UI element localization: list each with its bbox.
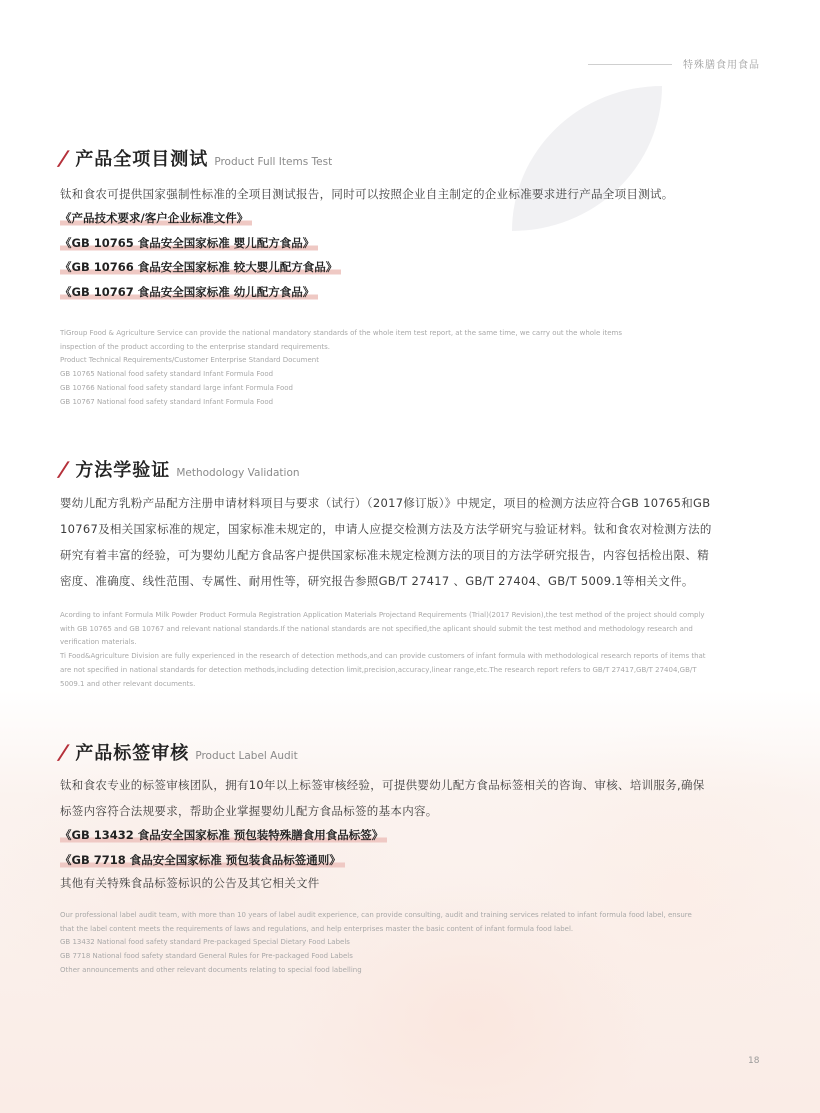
english-line: GB 7718 National food safety standard Ge…	[60, 950, 765, 964]
english-line: Ti Food&Agriculture Division are fully e…	[60, 650, 765, 664]
section-product-full-items-test: / 产品全项目测试 Product Full Items Test 钛和食农可提…	[60, 145, 765, 409]
section-trailing-text: 其他有关特殊食品标签标识的公告及其它相关文件	[60, 873, 765, 893]
section-methodology-validation: / 方法学验证 Methodology Validation 婴幼儿配方乳粉产品…	[60, 456, 765, 691]
standard-highlight: 《GB 10767 食品安全国家标准 幼儿配方食品》	[60, 284, 318, 301]
english-line: GB 10765 National food safety standard I…	[60, 368, 765, 382]
section-body: 婴幼儿配方乳粉产品配方注册申请材料项目与要求（试行）（2017修订版）》中规定，…	[60, 490, 765, 594]
standard-highlight: 《GB 7718 食品安全国家标准 预包装食品标签通则》	[60, 852, 345, 869]
section-paragraph-line: 婴幼儿配方乳粉产品配方注册申请材料项目与要求（试行）（2017修订版）》中规定，…	[60, 490, 765, 516]
english-line: that the label content meets the require…	[60, 923, 765, 937]
english-translation: Acording to infant Formula Milk Powder P…	[60, 609, 765, 691]
header-divider-line	[588, 64, 672, 65]
section-title: / 产品标签审核 Product Label Audit	[60, 739, 765, 765]
section-paragraph-line: 研究有着丰富的经验，可为婴幼儿配方食品客户提供国家标准未规定检测方法的项目的方法…	[60, 542, 765, 568]
page-number: 18	[748, 1056, 759, 1066]
section-paragraph: 钛和食农可提供国家强制性标准的全项目测试报告，同时可以按照企业自主制定的企业标准…	[60, 181, 765, 207]
section-title-en: Methodology Validation	[176, 467, 299, 479]
english-line: Our professional label audit team, with …	[60, 909, 765, 923]
english-line: inspection of the product according to t…	[60, 341, 765, 355]
english-line: GB 13432 National food safety standard P…	[60, 936, 765, 950]
section-body: 钛和食农专业的标签审核团队，拥有10年以上标签审核经验，可提供婴幼儿配方食品标签…	[60, 772, 765, 824]
section-title-en: Product Full Items Test	[214, 156, 332, 168]
section-paragraph-line: 标签内容符合法规要求，帮助企业掌握婴幼儿配方食品标签的基本内容。	[60, 798, 765, 824]
english-translation: Our professional label audit team, with …	[60, 909, 765, 978]
section-title-cn: 产品标签审核	[75, 739, 189, 765]
section-paragraph-line: 密度、准确度、线性范围、专属性、耐用性等，研究报告参照GB/T 27417 、G…	[60, 568, 765, 594]
english-line: TiGroup Food & Agriculture Service can p…	[60, 327, 765, 341]
english-line: Acording to infant Formula Milk Powder P…	[60, 609, 765, 623]
standard-highlight: 《GB 10765 食品安全国家标准 婴儿配方食品》	[60, 235, 318, 252]
section-product-label-audit: / 产品标签审核 Product Label Audit 钛和食农专业的标签审核…	[60, 739, 765, 978]
section-paragraph-line: 钛和食农专业的标签审核团队，拥有10年以上标签审核经验，可提供婴幼儿配方食品标签…	[60, 772, 765, 798]
english-line: GB 10766 National food safety standard l…	[60, 382, 765, 396]
english-line: with GB 10765 and GB 10767 and relevant …	[60, 623, 765, 637]
english-line: verification materials.	[60, 636, 765, 650]
english-line: Product Technical Requirements/Customer …	[60, 354, 765, 368]
standard-highlight: 《GB 13432 食品安全国家标准 预包装特殊膳食用食品标签》	[60, 827, 387, 844]
section-paragraph-line: 10767及相关国家标准的规定，国家标准未规定的，申请人应提交检测方法及方法学研…	[60, 516, 765, 542]
english-line: GB 10767 National food safety standard I…	[60, 396, 765, 410]
section-title-cn: 产品全项目测试	[75, 145, 208, 171]
english-line: are not specified in national standards …	[60, 664, 765, 678]
slash-accent-icon: /	[58, 740, 69, 764]
header-category: 特殊膳食用食品	[683, 56, 760, 71]
section-title: / 方法学验证 Methodology Validation	[60, 456, 765, 482]
slash-accent-icon: /	[58, 146, 69, 170]
standard-highlight: 《GB 10766 食品安全国家标准 较大婴儿配方食品》	[60, 259, 341, 276]
section-title-en: Product Label Audit	[195, 750, 297, 762]
english-translation: TiGroup Food & Agriculture Service can p…	[60, 327, 765, 409]
section-title: / 产品全项目测试 Product Full Items Test	[60, 145, 765, 171]
english-line: Other announcements and other relevant d…	[60, 964, 765, 978]
slash-accent-icon: /	[58, 457, 69, 481]
standard-highlight: 《产品技术要求/客户企业标准文件》	[60, 210, 252, 227]
english-line: 5009.1 and other relevant documents.	[60, 678, 765, 692]
section-title-cn: 方法学验证	[75, 456, 170, 482]
